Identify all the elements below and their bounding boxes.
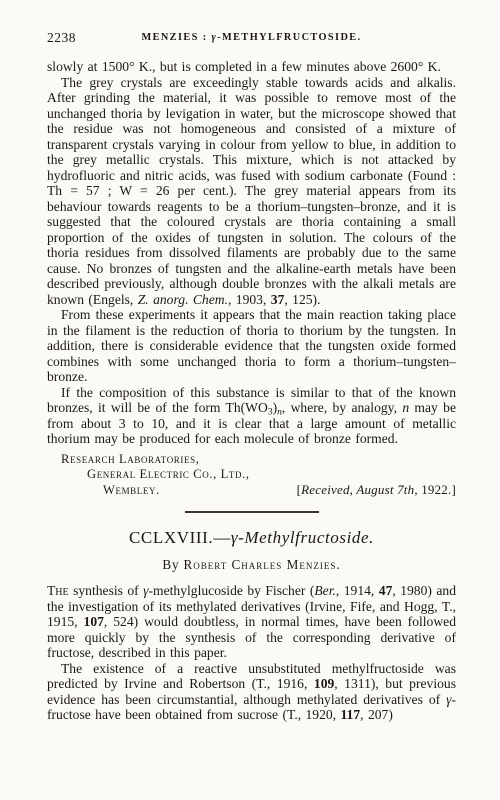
section-divider [185,511,319,513]
article-title: CCLXVIII.—γ-Methylfructoside. [47,528,456,548]
address-line-2: General Electric Co., Ltd., [47,467,456,482]
text-run: 109 [314,676,334,691]
text-run: By [162,557,183,572]
address-line-3: Wembley. [47,483,160,498]
paragraph: The synthesis of γ-methylglucoside by Fi… [47,583,456,661]
paragraph: From these experiments it appears that t… [47,307,456,385]
page-header: 2238 MENZIES : γ-METHYLFRUCTOSIDE. [47,30,456,50]
address-received-row: Wembley. [Received, August 7th, 1922.] [47,482,456,498]
text-run: 37 [271,292,285,307]
text-run: 107 [84,614,104,629]
new-article-text: The synthesis of γ-methylglucoside by Fi… [47,583,456,723]
text-run: , where, by analogy, [282,400,402,415]
text-run: Z. anorg. Chem. [138,292,228,307]
text-run: -METHYLFRUCTOSIDE. [217,32,361,43]
text-run: -methylglucoside by Fischer ( [149,583,315,598]
text-run: , 207) [360,707,393,722]
address-line-1: Research Laboratories, [47,452,456,467]
text-run: The [47,583,69,598]
text-run: slowly at 1500° K., but is completed in … [47,59,441,74]
text-run: Robert Charles Menzies. [183,557,340,572]
text-run: synthesis of [69,583,144,598]
paragraph: If the composition of this substance is … [47,385,456,447]
text-run: Ber. [314,583,336,598]
text-run: CCLXVIII.— [129,528,231,547]
text-run: Received, August 7th [301,482,414,497]
paragraph: slowly at 1500° K., but is completed in … [47,59,456,75]
text-run: MENZIES : [141,32,211,43]
journal-page: 2238 MENZIES : γ-METHYLFRUCTOSIDE. slowl… [0,0,500,800]
text-run: , 1903, [228,292,271,307]
paragraph: The grey crystals are exceedingly stable… [47,75,456,308]
text-run: The grey crystals are exceedingly stable… [47,75,456,307]
text-run: From these experiments it appears that t… [47,307,456,384]
running-head: MENZIES : γ-METHYLFRUCTOSIDE. [47,32,456,43]
text-run: γ-Methylfructoside. [231,528,374,547]
signature-block: Research Laboratories, General Electric … [47,452,456,499]
article-byline: By Robert Charles Menzies. [47,557,456,573]
text-run: , 1922.] [414,482,456,497]
text-run: 117 [341,707,361,722]
text-run: , 1914, [336,583,379,598]
text-run: 47 [379,583,393,598]
text-run: , 524) would doubtless, in normal times,… [47,614,456,660]
paragraph: The existence of a reactive unsubstitute… [47,661,456,723]
ending-article-text: slowly at 1500° K., but is completed in … [47,59,456,447]
text-run: , 125). [284,292,320,307]
received-date: [Received, August 7th, 1922.] [297,482,456,497]
